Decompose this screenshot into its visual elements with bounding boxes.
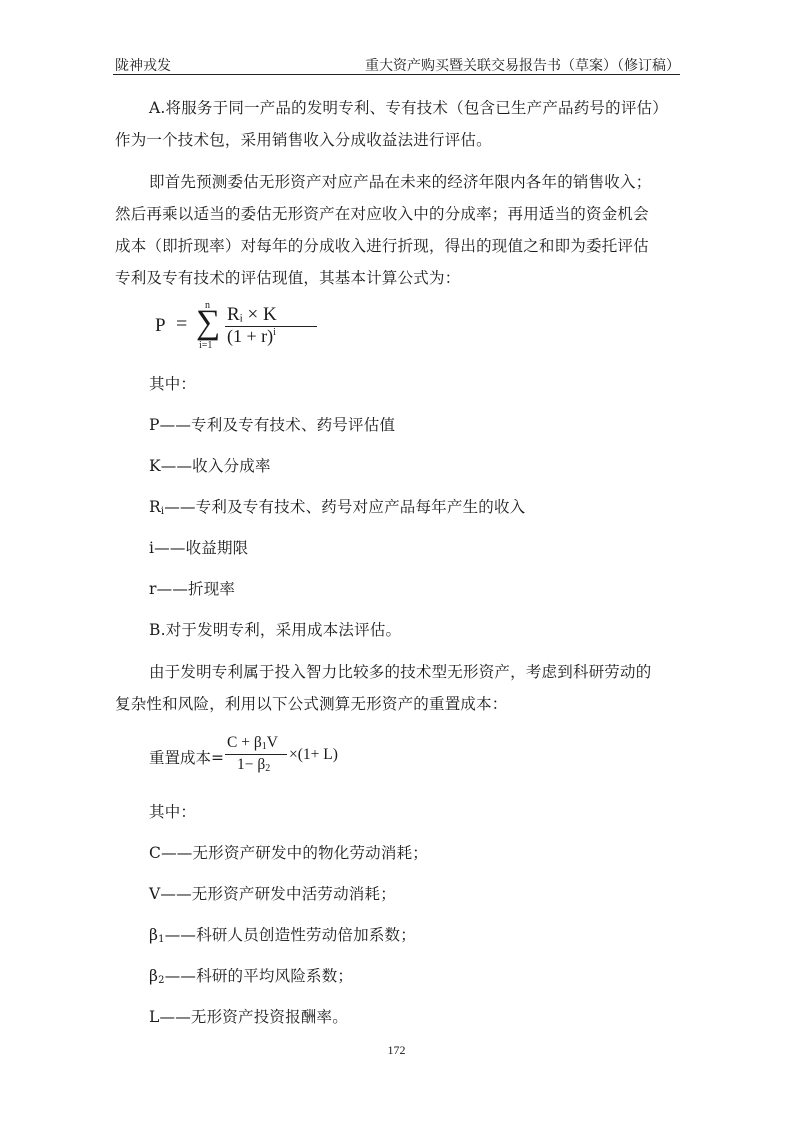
page-header: 陇神戎发 重大资产购买暨关联交易报告书（草案）（修订稿） — [113, 54, 680, 75]
summation-upper: n — [205, 300, 210, 311]
formula-label: 重置成本= — [149, 746, 224, 768]
definition-K: K——收入分成率 — [149, 454, 271, 476]
definition-L: L——无形资产投资报酬率。 — [149, 1005, 348, 1027]
definition-C: C——无形资产研发中的物化劳动消耗； — [149, 841, 428, 863]
paragraph-2-line3: 成本（即折现率）对每年的分成收入进行折现，得出的现值之和即为委托评估 — [115, 234, 649, 256]
page-number: 172 — [0, 1043, 793, 1058]
definition-beta1: β1——科研人员创造性劳动倍加系数； — [149, 923, 416, 945]
definition-r: r——折现率 — [149, 577, 235, 599]
formula-multiplier: ×(1+ L) — [289, 746, 338, 764]
where-label-1: 其中： — [149, 372, 196, 394]
definition-Ri: Ri——专利及专有技术、药号对应产品每年产生的收入 — [149, 495, 525, 517]
definition-beta2: β2——科研的平均风险系数； — [149, 964, 353, 986]
formula-numerator: C + β1V — [227, 734, 278, 752]
paragraph-3-line1: 由于发明专利属于投入智力比较多的技术型无形资产，考虑到科研劳动的 — [149, 660, 651, 682]
formula-lhs: P — [155, 315, 166, 337]
summation-lower: i=1 — [199, 340, 212, 351]
formula-denominator: 1− β2 — [237, 756, 270, 774]
paragraph-a-line2: 作为一个技术包，采用销售收入分成收益法进行评估。 — [115, 128, 492, 150]
paragraph-2-line1: 即首先预测委估无形资产对应产品在未来的经济年限内各年的销售收入； — [149, 170, 651, 192]
paragraph-b: B.对于发明专利，采用成本法评估。 — [149, 618, 401, 640]
definition-P: P——专利及专有技术、药号评估值 — [149, 413, 395, 435]
company-name: 陇神戎发 — [115, 55, 171, 75]
formula-equals: = — [176, 313, 187, 336]
summation-symbol: ∑ — [196, 306, 220, 340]
paragraph-a-line1: A.将服务于同一产品的发明专利、专有技术（包含已生产产品药号的评估） — [149, 96, 668, 118]
where-label-2: 其中： — [149, 800, 196, 822]
formula-numerator: Rᵢ × K — [227, 304, 277, 326]
fraction-bar — [225, 754, 287, 755]
paragraph-3-line2: 复杂性和风险，利用以下公式测算无形资产的重置成本： — [115, 692, 508, 714]
document-title: 重大资产购买暨关联交易报告书（草案）（修订稿） — [365, 55, 680, 75]
formula-denominator: (1 + r)i — [227, 326, 276, 347]
paragraph-2-line4: 专利及专有技术的评估现值，其基本计算公式为： — [115, 266, 460, 288]
definition-i: i——收益期限 — [149, 536, 248, 558]
paragraph-2-line2: 然后再乘以适当的委估无形资产在对应收入中的分成率；再用适当的资金机会 — [115, 202, 649, 224]
definition-V: V——无形资产研发中活劳动消耗； — [149, 882, 396, 904]
